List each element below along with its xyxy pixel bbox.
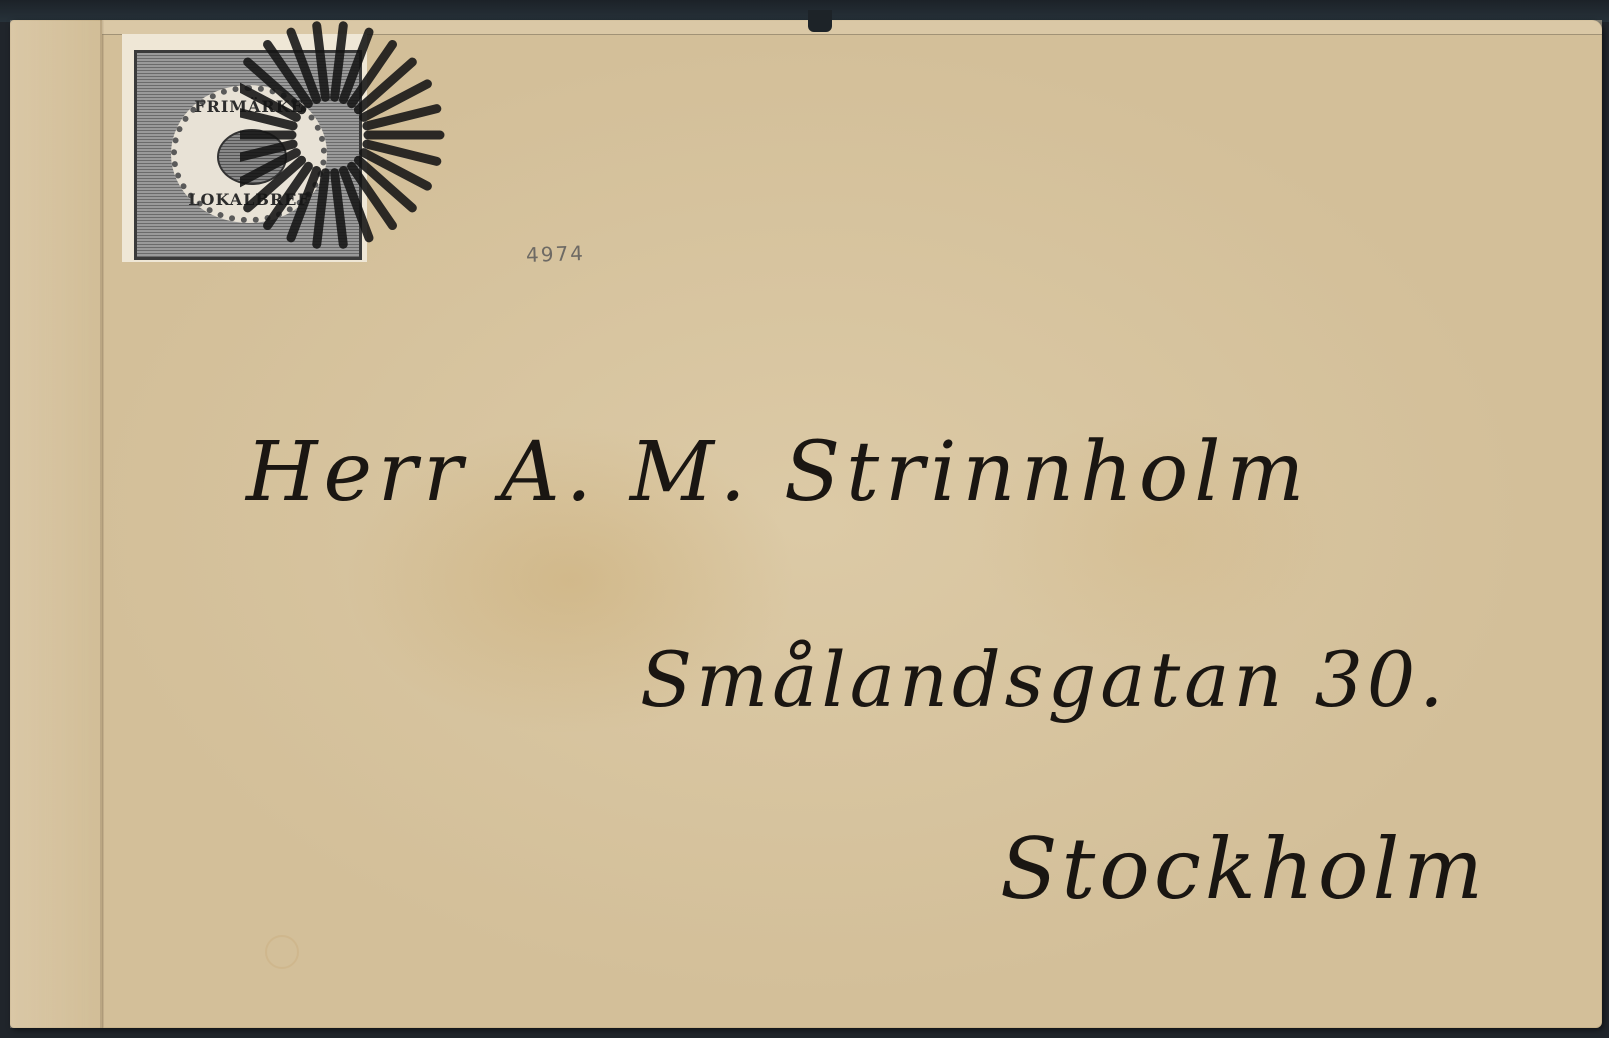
- address-line-street: Smålandsgatan 30.: [640, 635, 1447, 724]
- address-line-city: Stockholm: [1000, 820, 1487, 918]
- top-notch: [808, 10, 832, 32]
- pencil-inventory-number: 4974: [526, 241, 586, 267]
- cancellation-mark-icon: [240, 20, 480, 270]
- fold-strip: [10, 20, 104, 1028]
- address-line-recipient: Herr A. M. Strinnholm: [246, 425, 1310, 520]
- background: [0, 0, 1609, 22]
- fold-line: [100, 20, 103, 1028]
- envelope-cover: FRIMÄRKE LOKALBREF 4974 Herr A. M. Strin…: [10, 20, 1602, 1028]
- paper-stain: [265, 935, 299, 969]
